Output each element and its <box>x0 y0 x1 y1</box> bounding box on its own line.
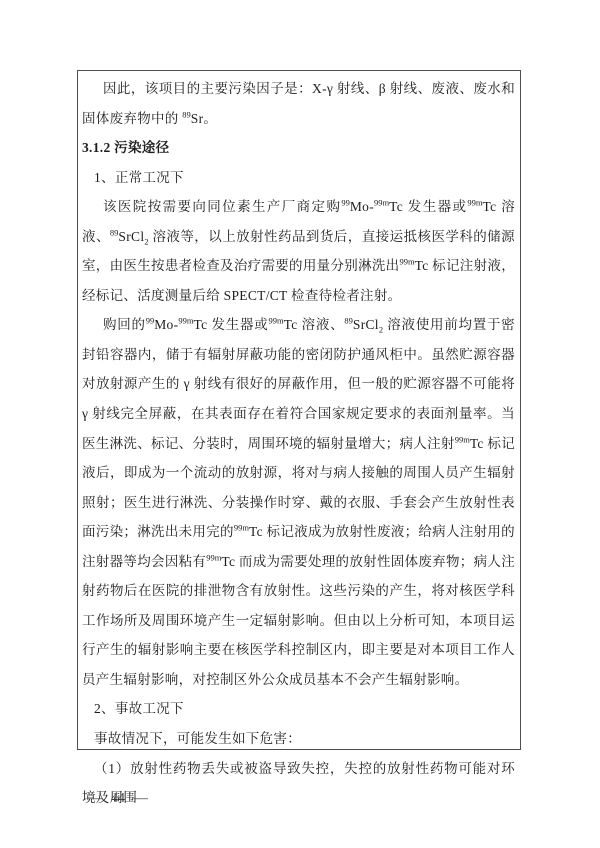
superscript-run: 99m <box>178 316 193 326</box>
text-run: Mo- <box>154 317 178 332</box>
paragraph: 1、正常工况下 <box>82 163 515 193</box>
paragraph: 2、事故工况下 <box>82 694 515 724</box>
superscript-run: 99 <box>146 316 155 326</box>
footer-dash-right: — <box>134 791 148 807</box>
text-run: Tc 发生器或 <box>389 199 467 214</box>
text-run: Tc 发生器或 <box>194 317 269 332</box>
section-heading: 3.1.2 污染途径 <box>82 133 515 163</box>
superscript-run: 99m <box>374 198 389 208</box>
document-page: 因此，该项目的主要污染因子是：X-γ 射线、β 射线、废液、废水和固体废弃物中的… <box>0 0 600 848</box>
page-number: 44 <box>111 791 125 807</box>
text-run: Tc 而成为需要处理的放射性固体废弃物；病人注射药物后在医院的排泄物含有放射性。… <box>82 554 515 687</box>
superscript-run: 99m <box>467 198 482 208</box>
text-run: 因此，该项目的主要污染因子是：X-γ 射线、β 射线、废液、废水和固体废弃物中的 <box>82 81 515 126</box>
superscript-run: 99m <box>455 434 470 444</box>
text-run: 溶液使用前均置于密封铅容器内，储于有辐射屏蔽功能的密闭防护通风柜中。虽然贮源容器… <box>82 317 515 450</box>
page-footer: — 44 — <box>88 791 148 807</box>
text-run: 事故情况下，可能发生如下危害： <box>94 731 301 746</box>
text-run: 2、事故工况下 <box>94 701 184 716</box>
superscript-run: 89 <box>182 109 191 119</box>
content-border-box: 因此，该项目的主要污染因子是：X-γ 射线、β 射线、废液、废水和固体废弃物中的… <box>77 70 521 750</box>
text-run: 该医院按需要向同位素生产厂商定购 <box>103 199 341 214</box>
superscript-run: 99 <box>341 198 350 208</box>
paragraph: 因此，该项目的主要污染因子是：X-γ 射线、β 射线、废液、废水和固体废弃物中的… <box>82 74 515 133</box>
footer-dash-left: — <box>88 791 102 807</box>
text-run: Sr。 <box>191 111 217 126</box>
text-run: Tc 溶液、 <box>284 317 345 332</box>
text-run: SrCl <box>353 317 379 332</box>
text-run: 购回的 <box>103 317 146 332</box>
document-text: 因此，该项目的主要污染因子是：X-γ 射线、β 射线、废液、废水和固体废弃物中的… <box>82 74 515 813</box>
text-run: SrCl <box>118 229 144 244</box>
superscript-run: 89 <box>344 316 353 326</box>
superscript-run: 99m <box>206 552 221 562</box>
superscript-run: 99m <box>269 316 284 326</box>
text-run: Mo- <box>350 199 374 214</box>
paragraph: 事故情况下，可能发生如下危害： <box>82 724 515 754</box>
superscript-run: 99m <box>399 257 414 267</box>
paragraph: 该医院按需要向同位素生产厂商定购99Mo-99mTc 发生器或99mTc 溶液、… <box>82 192 515 310</box>
text-run: 1、正常工况下 <box>94 170 184 185</box>
superscript-run: 99m <box>234 523 249 533</box>
paragraph: 购回的99Mo-99mTc 发生器或99mTc 溶液、89SrCl2 溶液使用前… <box>82 310 515 694</box>
text-run: 3.1.2 污染途径 <box>82 140 169 155</box>
